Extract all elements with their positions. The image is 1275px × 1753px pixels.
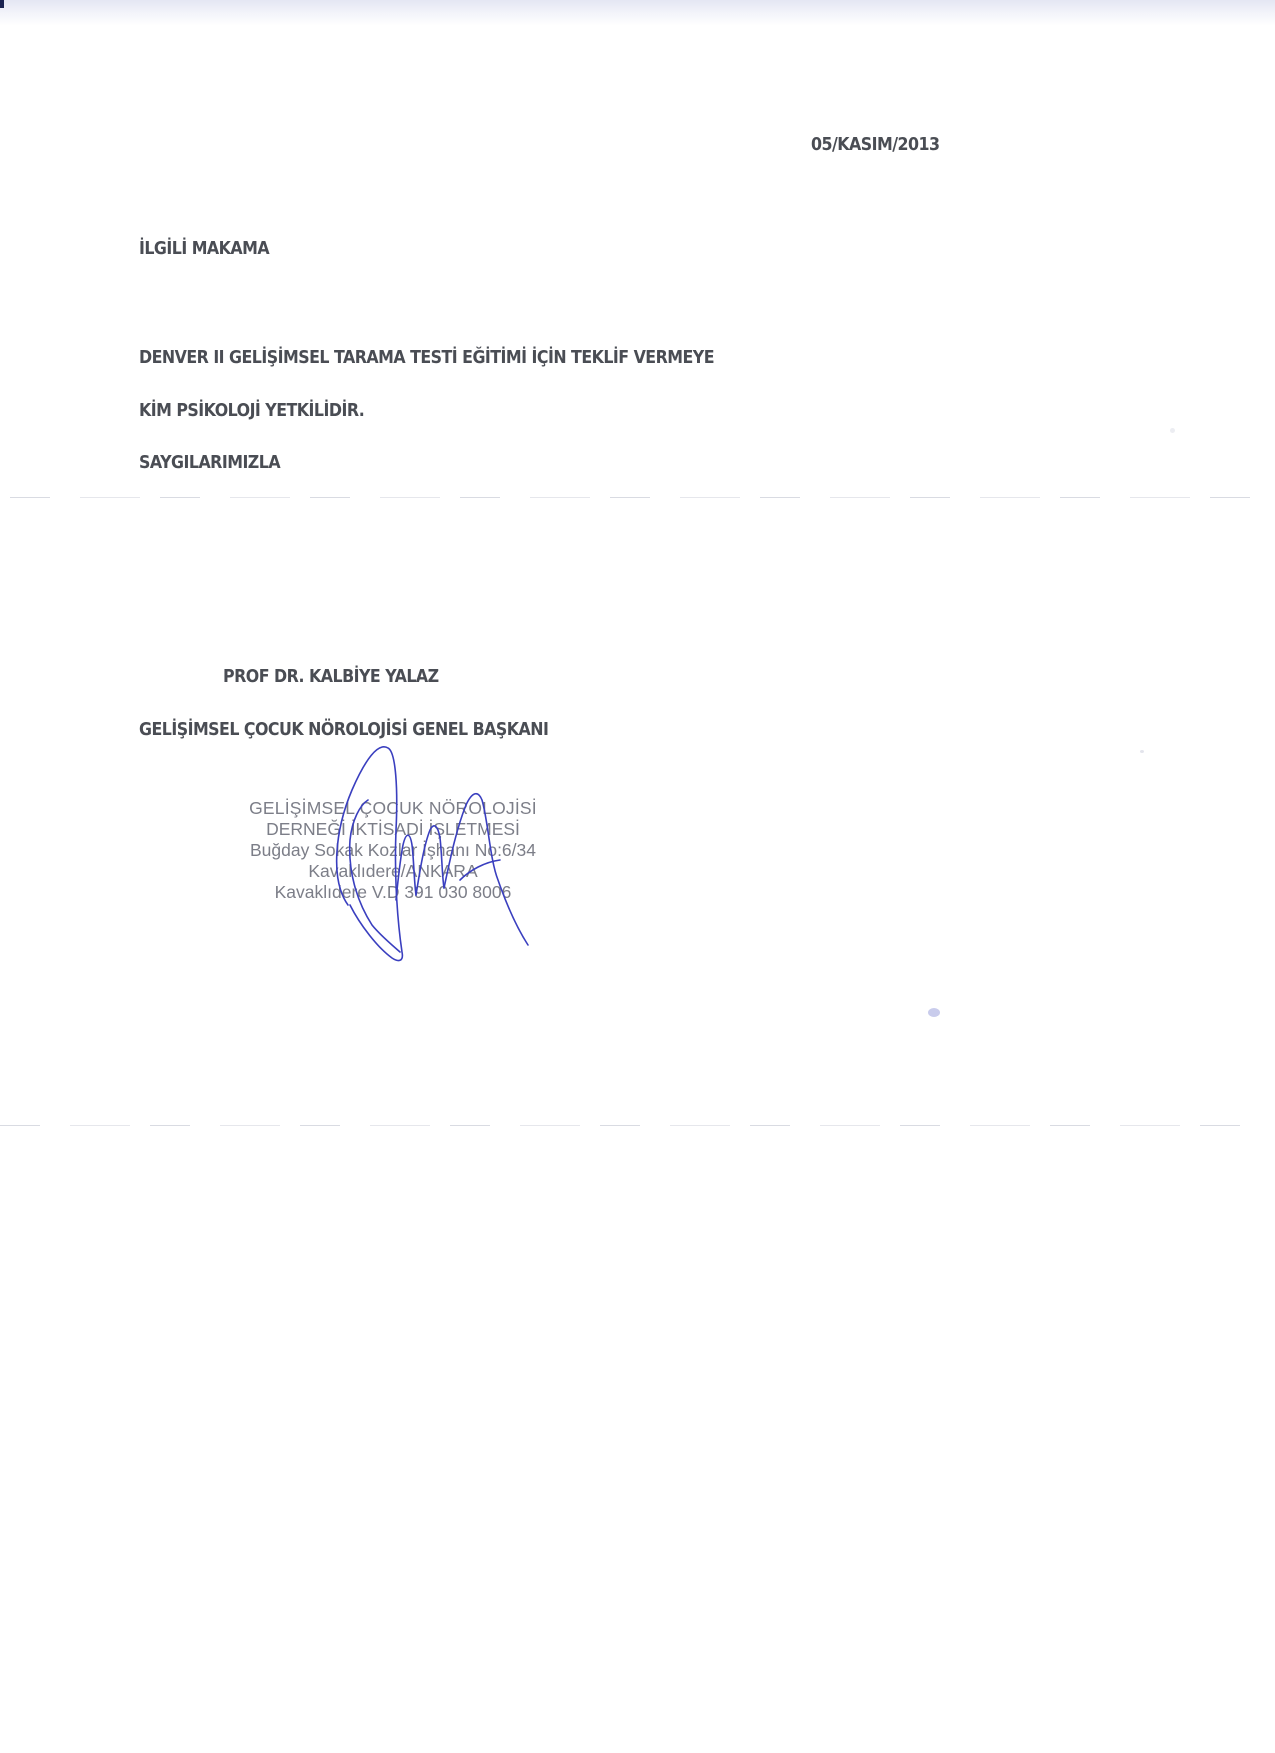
scan-corner-mark (0, 0, 4, 8)
scan-speck (1170, 428, 1175, 433)
stamp-line-4: Kavaklıdere/ANKARA (238, 861, 548, 882)
letter-recipient: İLGİLİ MAKAMA (139, 238, 269, 259)
letter-body-line-1: DENVER II GELİŞİMSEL TARAMA TESTİ EĞİTİM… (139, 347, 714, 368)
stamp-line-2: DERNEĞİ İKTİSADİ İŞLETMESİ (238, 819, 548, 840)
scan-top-shadow (0, 0, 1275, 26)
scan-speck (1140, 750, 1144, 753)
letter-closing: SAYGILARIMIZLA (139, 452, 280, 473)
scan-fold-line (10, 497, 1250, 498)
signatory-title: GELİŞİMSEL ÇOCUK NÖROLOJİSİ GENEL BAŞKAN… (139, 719, 548, 740)
scan-speck (928, 1008, 940, 1017)
handwritten-signature (0, 0, 1275, 1753)
company-stamp: GELİŞİMSEL ÇOCUK NÖROLOJİSİ DERNEĞİ İKTİ… (238, 798, 548, 903)
stamp-line-1: GELİŞİMSEL ÇOCUK NÖROLOJİSİ (238, 798, 548, 819)
scan-fold-line-lower (0, 1125, 1250, 1126)
signatory-name: PROF DR. KALBİYE YALAZ (223, 666, 439, 687)
stamp-line-3: Buğday Sokak Kozlar İşhanı No:6/34 (238, 840, 548, 861)
stamp-line-5: Kavaklıdere V.D 391 030 8006 (238, 882, 548, 903)
letter-body-line-2: KİM PSİKOLOJİ YETKİLİDİR. (139, 400, 364, 421)
letter-date: 05/KASIM/2013 (811, 134, 939, 155)
